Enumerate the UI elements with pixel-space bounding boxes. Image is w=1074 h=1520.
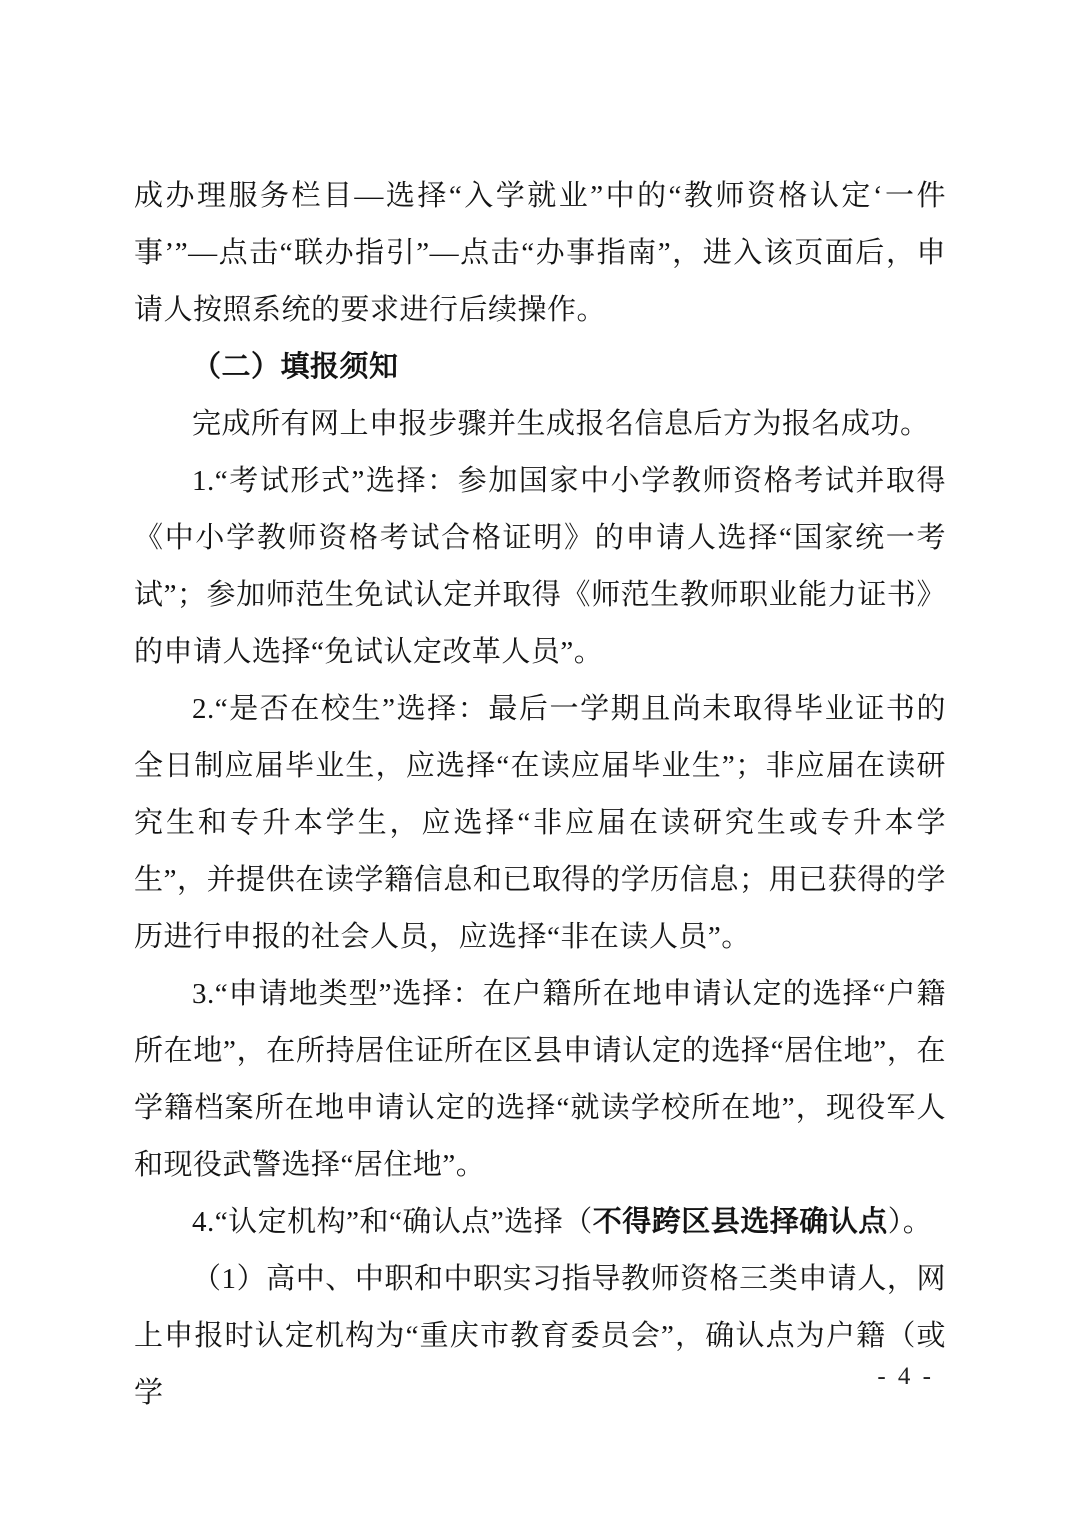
list-item-2-student-status: 2.“是否在校生”选择：最后一学期且尚未取得毕业证书的全日制应届毕业生，应选择“… [134, 681, 946, 966]
list-item-3-application-area-type: 3.“申请地类型”选择：在户籍所在地申请认定的选择“户籍所在地”，在所持居住证所… [134, 966, 946, 1194]
list-item-1-exam-type: 1.“考试形式”选择：参加国家中小学教师资格考试并取得《中小学教师资格考试合格证… [134, 453, 946, 681]
document-page: 成办理服务栏目—选择“入学就业”中的“教师资格认定‘一件事’”—点击“联办指引”… [0, 0, 1074, 1520]
paragraph-intro: 完成所有网上申报步骤并生成报名信息后方为报名成功。 [134, 396, 946, 453]
list-item-4-certifying-agency: 4.“认定机构”和“确认点”选择（不得跨区县选择确认点）。 [134, 1194, 946, 1251]
paragraph-continuation: 成办理服务栏目—选择“入学就业”中的“教师资格认定‘一件事’”—点击“联办指引”… [134, 168, 946, 339]
page-number: - 4 - [877, 1362, 934, 1392]
item-4-prefix-text: 4.“认定机构”和“确认点”选择（ [192, 1206, 593, 1238]
item-4-suffix-text: ）。 [888, 1206, 933, 1238]
document-body: 成办理服务栏目—选择“入学就业”中的“教师资格认定‘一件事’”—点击“联办指引”… [134, 168, 946, 1422]
item-4-bold-note: 不得跨区县选择确认点 [593, 1206, 888, 1238]
sub-item-1-senior-secondary: （1）高中、中职和中职实习指导教师资格三类申请人，网上申报时认定机构为“重庆市教… [134, 1251, 946, 1422]
section-heading: （二）填报须知 [134, 339, 946, 396]
